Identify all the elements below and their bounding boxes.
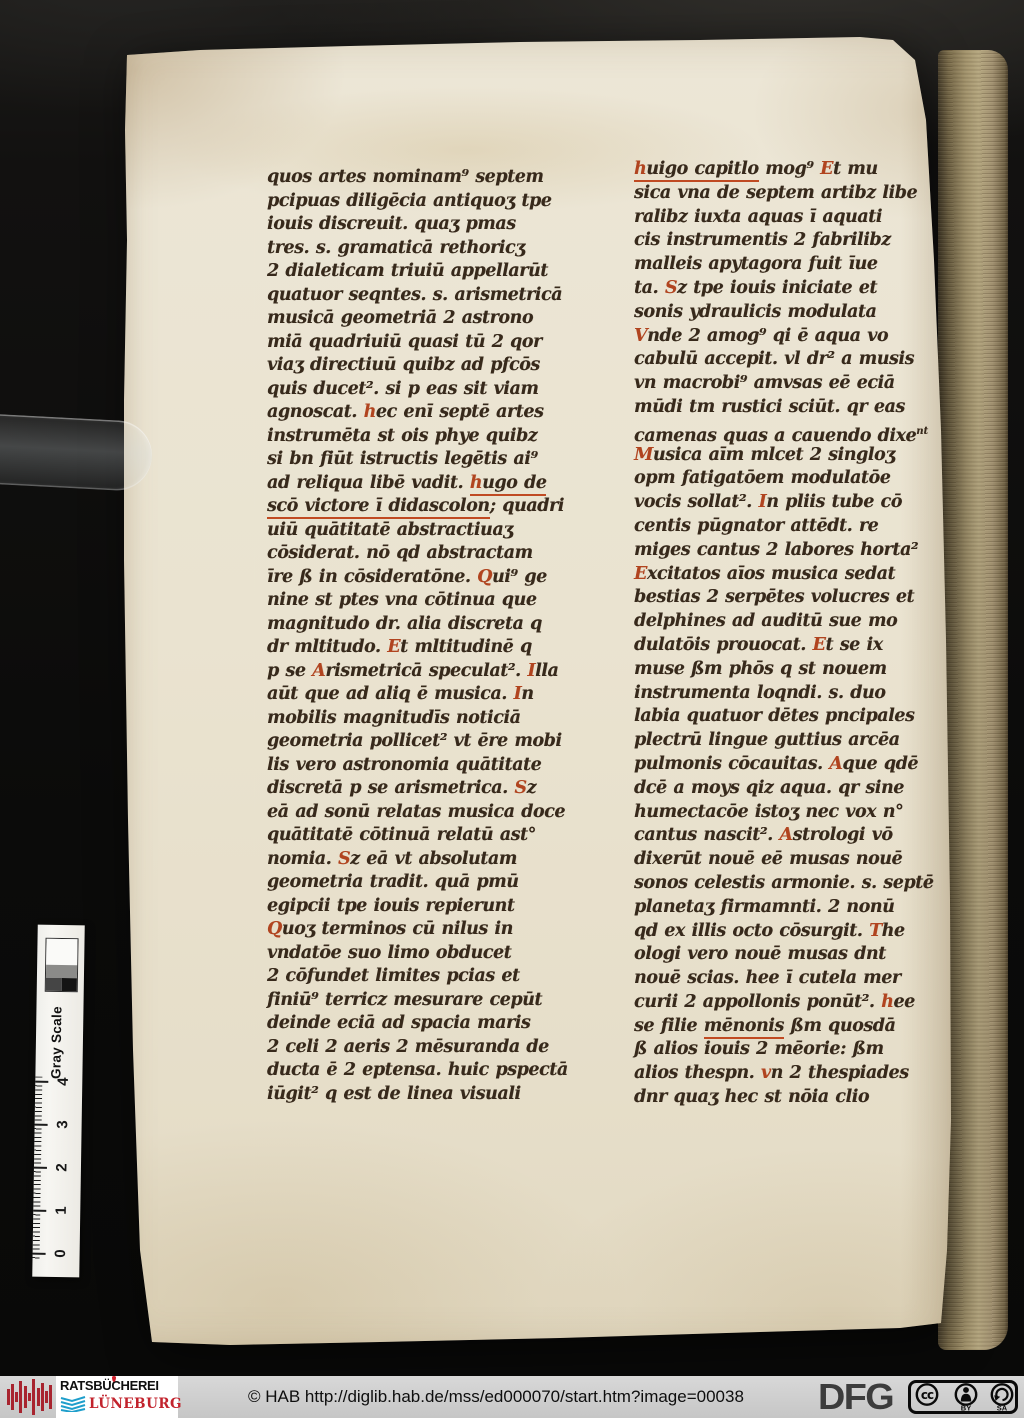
manuscript-text-line: opm fatigatōem modulatōe: [634, 467, 933, 491]
manuscript-text: cōsiderat. nō qd abstractam: [267, 543, 533, 563]
manuscript-text-line: egipcii tpe iouis repierunt: [267, 895, 568, 919]
manuscript-text-line: nomia. Sz eā vt absolutam: [267, 848, 568, 872]
rubricated-initial: Q: [267, 919, 282, 939]
manuscript-text-line: nouē scias. hee ī cutela mer: [634, 967, 933, 991]
manuscript-text-line: dnr quaʒ hec st nōia clio: [634, 1086, 933, 1110]
manuscript-text-line: pulmonis cōcauitas. Aque qdē: [634, 753, 933, 777]
manuscript-text-line: Quoʒ terminos cū nilus in: [267, 918, 568, 942]
manuscript-text-line: cōsiderat. nō qd abstractam: [267, 542, 568, 566]
manuscript-text-line: scō victore ī didascolon; quadri: [267, 495, 568, 519]
rubricated-initial: I: [527, 661, 535, 681]
manuscript-text: ß alios iouis 2 mēorie: ßm: [634, 1039, 884, 1059]
manuscript-text: xcitatos aīos musica sedat: [647, 564, 895, 584]
manuscript-text-line: ad reliqua libē vadit. hugo de: [267, 472, 568, 496]
footer-bar: RATSBÜCHEREI LÜNEBURG © HAB http://digli…: [0, 1376, 1024, 1418]
manuscript-text-line: dulatōis prouocat. Et se ix: [634, 634, 933, 658]
manuscript-text-line: dcē a moys qiz aqua. qr sine: [634, 777, 933, 801]
manuscript-text-line: sonos celestis armonie. s. septē: [634, 872, 933, 896]
ruler-major-tick: [33, 1253, 46, 1255]
manuscript-text: ee: [893, 992, 914, 1012]
manuscript-text-line: quātitatē cōtinuā relatū ast°: [267, 824, 568, 848]
manuscript-text: quatuor seqntes. s. arismetricā: [267, 285, 562, 305]
rubricated-initial: E: [813, 635, 826, 655]
dfg-logo: DFG: [818, 1376, 893, 1418]
red-bars-logo-icon: [7, 1378, 53, 1416]
rubricated-initial: V: [634, 326, 647, 346]
rubricated-initial: Q: [477, 567, 492, 587]
ruler-major-tick: [35, 1081, 48, 1083]
rubricated-initial: A: [829, 754, 842, 774]
manuscript-text: z: [527, 778, 537, 798]
manuscript-text-line: pcipuas diligēcia antiquoʒ tpe: [267, 190, 568, 214]
ruler-number: 2: [53, 1156, 70, 1178]
manuscript-text-line: ducta ē 2 eptensa. huic pspectā: [267, 1059, 568, 1083]
manuscript-text: t se ix: [825, 635, 882, 655]
manuscript-text: deinde eciā ad spacia maris: [267, 1013, 530, 1033]
manuscript-text: pulmonis cōcauitas.: [634, 754, 829, 774]
manuscript-text: ducta ē 2 eptensa. huic pspectā: [267, 1060, 568, 1080]
manuscript-text: he: [882, 921, 905, 941]
rubricated-initial: E: [387, 637, 400, 657]
manuscript-text-line: sica vna de septem artibz libe: [634, 182, 933, 206]
manuscript-text: que qdē: [842, 754, 918, 774]
manuscript-text: nde 2 amog⁹ qi ē aqua vo: [647, 326, 888, 346]
manuscript-text-line: iūgit² q est de linea visuali: [267, 1083, 568, 1107]
rubricated-initial: E: [820, 159, 833, 179]
manuscript-text-line: vocis sollat². In pliis tube cō: [634, 491, 933, 515]
manuscript-text: bestias 2 serpētes volucres et: [634, 587, 914, 607]
manuscript-text: t mltitudinē q: [400, 637, 532, 657]
manuscript-text: curii 2 appollonis ponūt².: [634, 992, 881, 1012]
manuscript-text-line: quos artes nominam⁹ septem: [267, 166, 568, 190]
manuscript-text: īre ß in cōsideratōne.: [267, 567, 477, 587]
manuscript-text: delphines ad auditū sue mo: [634, 611, 897, 631]
manuscript-text: planetaʒ firmamnti. 2 nonū: [634, 897, 894, 917]
manuscript-text: geometria tradit. quā pmū: [267, 872, 519, 892]
ruler-major-tick: [33, 1210, 46, 1212]
manuscript-text-line: 2 celi 2 aeris 2 mēsuranda de: [267, 1036, 568, 1060]
grayscale-patches: [45, 938, 79, 993]
manuscript-text: quos artes nominam⁹ septem: [267, 167, 543, 187]
ruler-major-tick: [35, 1124, 48, 1126]
manuscript-text: sonos celestis armonie. s. septē: [634, 873, 933, 893]
rubricated-initial: E: [634, 564, 647, 584]
manuscript-text-line: ralibz iuxta aquas ī aquati: [634, 206, 933, 230]
manuscript-text: finiū⁹ terricz mesurare cepūt: [267, 990, 542, 1010]
rubricated-initial: A: [779, 825, 792, 845]
ruler-label: Gray Scale: [48, 995, 64, 1079]
person-body: [961, 1394, 971, 1402]
manuscript-text-line: mobilis magnitudīs noticiā: [267, 707, 568, 731]
manuscript-text: ta.: [634, 278, 665, 298]
library-city-row: LÜNEBURG: [60, 1396, 182, 1412]
manuscript-text: nomia.: [267, 849, 338, 869]
manuscript-text-line: tres. s. gramaticā rethoricʒ: [267, 237, 568, 261]
manuscript-text: iūgit² q est de linea visuali: [267, 1084, 521, 1104]
manuscript-text-line: dr mltitudo. Et mltitudinē q: [267, 636, 568, 660]
manuscript-text-line: miges cantus 2 labores horta²: [634, 539, 933, 563]
manuscript-text: vn macrobi⁹ amvsas eē eciā: [634, 373, 895, 393]
manuscript-text: eā ad sonū relatas musica doce: [267, 802, 565, 822]
patch-gray: [46, 965, 77, 978]
manuscript-page: quos artes nominam⁹ septempcipuas diligē…: [110, 30, 960, 1355]
manuscript-text-line: bestias 2 serpētes volucres et: [634, 586, 933, 610]
manuscript-text: musicā geometriā 2 astrono: [267, 308, 533, 328]
manuscript-text-line: curii 2 appollonis ponūt². hee: [634, 991, 933, 1015]
manuscript-text: nine st ptes vna cōtinua que: [267, 590, 537, 610]
manuscript-text: sica vna de septem artibz libe: [634, 183, 917, 203]
manuscript-text: cis instrumentis 2 fabrilibz: [634, 230, 891, 250]
manuscript-text-line: ologi vero nouē musas dnt: [634, 943, 933, 967]
digitized-manuscript-photo: quos artes nominam⁹ septempcipuas diligē…: [0, 0, 1024, 1418]
manuscript-text: instrumēta st ois phye quibz: [267, 426, 537, 446]
patch-white: [46, 939, 77, 965]
manuscript-column-left: quos artes nominam⁹ septempcipuas diligē…: [267, 166, 568, 1106]
manuscript-text: mobilis magnitudīs noticiā: [267, 708, 520, 728]
rubricated-underlined-text: mēnonis: [704, 1016, 784, 1039]
manuscript-text: geometria pollicet² vt ēre mobi: [267, 731, 562, 751]
manuscript-text: cantus nascit².: [634, 825, 779, 845]
manuscript-text: 2 cōfundet limites pcias et: [267, 966, 520, 986]
copyright-url: © HAB http://diglib.hab.de/mss/ed000070/…: [248, 1387, 744, 1407]
manuscript-text: nouē scias. hee ī cutela mer: [634, 968, 901, 988]
manuscript-text-line: nine st ptes vna cōtinua que: [267, 589, 568, 613]
manuscript-text-line: Vnde 2 amog⁹ qi ē aqua vo: [634, 325, 933, 349]
manuscript-text: mog⁹: [759, 159, 821, 179]
manuscript-text: n pliis tube cō: [766, 492, 902, 512]
manuscript-text: quātitatē cōtinuā relatū ast°: [267, 825, 536, 845]
manuscript-text-line: cis instrumentis 2 fabrilibz: [634, 229, 933, 253]
rubricated-initial: h: [881, 992, 893, 1012]
manuscript-text: t mu: [833, 159, 878, 179]
manuscript-text-line: alios thespn. vn 2 thespiades: [634, 1062, 933, 1086]
manuscript-text-line: instrumēta st ois phye quibz: [267, 425, 568, 449]
manuscript-text-line: finiū⁹ terricz mesurare cepūt: [267, 989, 568, 1013]
manuscript-text-line: muse ßm phōs q st nouem: [634, 658, 933, 682]
rubricated-underlined-text: h: [470, 473, 482, 496]
manuscript-text-line: ß alios iouis 2 mēorie: ßm: [634, 1038, 933, 1062]
manuscript-text-line: eā ad sonū relatas musica doce: [267, 801, 568, 825]
manuscript-text-line: geometria pollicet² vt ēre mobi: [267, 730, 568, 754]
manuscript-text: instrumenta loqndi. s. duo: [634, 683, 885, 703]
manuscript-text: pcipuas diligēcia antiquoʒ tpe: [267, 191, 551, 211]
manuscript-text: rismetricā speculat².: [325, 661, 527, 681]
manuscript-text: discretā p se arismetrica.: [267, 778, 514, 798]
manuscript-text: dr mltitudo.: [267, 637, 387, 657]
manuscript-text: tres. s. gramaticā rethoricʒ: [267, 238, 525, 258]
manuscript-text-line: viaʒ directiuū quibz ad pfcōs: [267, 354, 568, 378]
manuscript-text-line: Musica aīm mlcet 2 singloʒ: [634, 444, 933, 468]
manuscript-text-line: malleis apytagora fuit īue: [634, 253, 933, 277]
manuscript-text: centis pūgnator attēdt. re: [634, 516, 878, 536]
manuscript-text-line: huigo capitlo mog⁹ Et mu: [634, 158, 933, 182]
manuscript-text-line: aūt que ad aliq ē musica. In: [267, 683, 568, 707]
rubricated-initial: S: [514, 778, 526, 798]
manuscript-text-line: lis vero astronomia quātitate: [267, 754, 568, 778]
library-city: LÜNEBURG: [89, 1396, 182, 1412]
ruler-number: 4: [55, 1070, 72, 1092]
manuscript-text-line: musicā geometriā 2 astrono: [267, 307, 568, 331]
manuscript-text-line: mūdi tm rustici sciūt. qr eas: [634, 396, 933, 420]
manuscript-text: 2 dialeticam triuiū appellarūt: [267, 261, 548, 281]
manuscript-text: humectacōe istoʒ nec vox n°: [634, 802, 903, 822]
manuscript-text: magnitudo dr. alia discreta q: [267, 614, 542, 634]
manuscript-text: muse ßm phōs q st nouem: [634, 659, 887, 679]
manuscript-text: camenas quas a cauendo dixe: [634, 426, 916, 446]
manuscript-text-line: p se Arismetricā speculat². Illa: [267, 660, 568, 684]
manuscript-text-line: camenas quas a cauendo dixent: [634, 420, 933, 444]
ruler-number: 0: [52, 1242, 69, 1264]
ratsbuecherei-logo: RATSBÜCHEREI LÜNEBURG: [56, 1376, 178, 1418]
rubricated-initial: v: [761, 1063, 771, 1083]
manuscript-column-right: huigo capitlo mog⁹ Et musica vna de sept…: [634, 158, 933, 1110]
manuscript-text: miges cantus 2 labores horta²: [634, 540, 918, 560]
manuscript-text: iouis discreuit. quaʒ pmas: [267, 214, 516, 234]
manuscript-text: z eā vt absolutam: [350, 849, 517, 869]
manuscript-text: si bn fiūt istructis legētis ai⁹: [267, 449, 538, 469]
rubricated-initial: h: [364, 402, 376, 422]
manuscript-text: ad reliqua libē vadit.: [267, 473, 470, 493]
manuscript-text-line: cabulū accepit. vl dr² a musis: [634, 348, 933, 372]
manuscript-text: ec enī septē artes: [376, 402, 544, 422]
manuscript-text: usica aīm mlcet 2 singloʒ: [653, 445, 895, 465]
manuscript-text: 2 celi 2 aeris 2 mēsuranda de: [267, 1037, 549, 1057]
manuscript-text: nt: [916, 426, 928, 437]
manuscript-text: quis ducet². si p eas sit viam: [267, 379, 538, 399]
manuscript-text: labia quatuor dētes pncipales: [634, 706, 914, 726]
manuscript-text-line: iouis discreuit. quaʒ pmas: [267, 213, 568, 237]
manuscript-text-line: magnitudo dr. alia discreta q: [267, 613, 568, 637]
manuscript-text-line: vn macrobi⁹ amvsas eē eciā: [634, 372, 933, 396]
manuscript-text-line: vndatōe suo limo obducet: [267, 942, 568, 966]
manuscript-text: n: [521, 684, 533, 704]
manuscript-text-line: plectrū lingue guttius arcēa: [634, 729, 933, 753]
rubricated-initial: M: [634, 445, 653, 465]
ruler-number: 3: [54, 1113, 71, 1135]
manuscript-text: dixerūt nouē eē musas nouē: [634, 849, 902, 869]
manuscript-text: sonis ydraulicis modulata: [634, 302, 876, 322]
manuscript-text-line: īre ß in cōsideratōne. Qui⁹ ge: [267, 566, 568, 590]
rubricated-underlined-text: scō victore ī didascolon: [267, 496, 490, 519]
patch-dark: [46, 978, 62, 991]
person-head: [963, 1387, 969, 1393]
manuscript-text: dulatōis prouocat.: [634, 635, 813, 655]
manuscript-text-line: deinde eciā ad spacia maris: [267, 1012, 568, 1036]
manuscript-text-line: ta. Sz tpe iouis iniciate et: [634, 277, 933, 301]
rubricated-initial: S: [665, 278, 677, 298]
manuscript-text: ; quadri: [490, 496, 564, 516]
ruler-major-tick: [34, 1167, 47, 1169]
manuscript-text-line: dixerūt nouē eē musas nouē: [634, 848, 933, 872]
manuscript-text: z tpe iouis iniciate et: [677, 278, 877, 298]
manuscript-text: ralibz iuxta aquas ī aquati: [634, 207, 882, 227]
manuscript-text-line: geometria tradit. quā pmū: [267, 871, 568, 895]
manuscript-text-line: labia quatuor dētes pncipales: [634, 705, 933, 729]
manuscript-text: uiū quātitatē abstractiuaʒ: [267, 520, 513, 540]
patch-black: [61, 978, 77, 991]
manuscript-text: alios thespn.: [634, 1063, 761, 1083]
manuscript-text: egipcii tpe iouis repierunt: [267, 896, 514, 916]
manuscript-text: vndatōe suo limo obducet: [267, 943, 511, 963]
manuscript-text-line: delphines ad auditū sue mo: [634, 610, 933, 634]
manuscript-text: strologi vō: [793, 825, 893, 845]
manuscript-text-line: centis pūgnator attēdt. re: [634, 515, 933, 539]
cc-by-sa-icons: cc BY SA: [911, 1383, 1015, 1411]
manuscript-text-line: cantus nascit². Astrologi vō: [634, 824, 933, 848]
manuscript-text-line: 2 cōfundet limites pcias et: [267, 965, 568, 989]
manuscript-text-line: discretā p se arismetrica. Sz: [267, 777, 568, 801]
manuscript-text: dnr quaʒ hec st nōia clio: [634, 1087, 869, 1107]
photo-background: quos artes nominam⁹ septempcipuas diligē…: [0, 0, 1024, 1376]
manuscript-text: cabulū accepit. vl dr² a musis: [634, 349, 914, 369]
manuscript-text-line: quatuor seqntes. s. arismetricā: [267, 284, 568, 308]
grayscale-ruler: Gray Scale 4 3 2 1 0: [32, 925, 85, 1278]
ruler-number: 1: [53, 1199, 70, 1221]
cc-by-label: BY: [961, 1404, 971, 1412]
manuscript-text-line: 2 dialeticam triuiū appellarūt: [267, 260, 568, 284]
share-alike-arrow-icon: [992, 1384, 1012, 1404]
manuscript-text: ologi vero nouē musas dnt: [634, 944, 886, 964]
manuscript-text-line: si bn fiūt istructis legētis ai⁹: [267, 448, 568, 472]
cc-letters: cc: [921, 1388, 934, 1402]
cc-license-badge: cc BY SA: [908, 1380, 1018, 1414]
page-shadow-wrap: quos artes nominam⁹ septempcipuas diligē…: [0, 0, 1024, 1376]
patch-dark-row: [46, 978, 77, 991]
manuscript-text-line: humectacōe istoʒ nec vox n°: [634, 801, 933, 825]
manuscript-text: p se: [267, 661, 312, 681]
rubricated-initial: S: [338, 849, 350, 869]
cc-sa-label: SA: [997, 1404, 1008, 1412]
manuscript-text: uoʒ terminos cū nilus in: [282, 919, 513, 939]
manuscript-text: agnoscat.: [267, 402, 364, 422]
manuscript-text: lis vero astronomia quātitate: [267, 755, 541, 775]
manuscript-text-line: quis ducet². si p eas sit viam: [267, 378, 568, 402]
rubricated-initial: T: [869, 921, 882, 941]
manuscript-text: ßm quosdā: [784, 1016, 896, 1036]
rubricated-underlined-text: uigo capitlo: [646, 159, 758, 182]
manuscript-text: viaʒ directiuū quibz ad pfcōs: [267, 355, 540, 375]
manuscript-text-line: uiū quātitatē abstractiuaʒ: [267, 519, 568, 543]
manuscript-text: opm fatigatōem modulatōe: [634, 468, 890, 488]
manuscript-text: qd ex illis octo cōsurgit.: [634, 921, 869, 941]
manuscript-text-line: qd ex illis octo cōsurgit. The: [634, 920, 933, 944]
manuscript-text-line: miā quadriuiū quasi tū 2 qor: [267, 331, 568, 355]
manuscript-text: ui⁹ ge: [492, 567, 547, 587]
manuscript-text: aūt que ad aliq ē musica.: [267, 684, 514, 704]
library-name: RATSBÜCHEREI: [60, 1379, 178, 1393]
manuscript-text: n 2 thespiades: [771, 1063, 909, 1083]
manuscript-text-line: se filie mēnonis ßm quosdā: [634, 1015, 933, 1039]
share-alike-arrowhead: [994, 1395, 1000, 1401]
manuscript-text: lla: [535, 661, 558, 681]
rubricated-underlined-text: ugo de: [482, 473, 546, 496]
manuscript-text-line: Excitatos aīos musica sedat: [634, 563, 933, 587]
manuscript-text-line: instrumenta loqndi. s. duo: [634, 682, 933, 706]
manuscript-text: dcē a moys qiz aqua. qr sine: [634, 778, 904, 798]
manuscript-text: plectrū lingue guttius arcēa: [634, 730, 900, 750]
manuscript-text-line: sonis ydraulicis modulata: [634, 301, 933, 325]
plexiglass-page-holder: [0, 414, 154, 492]
manuscript-text-line: planetaʒ firmamnti. 2 nonū: [634, 896, 933, 920]
rubricated-underlined-text: h: [634, 159, 646, 182]
manuscript-text-line: agnoscat. hec enī septē artes: [267, 401, 568, 425]
manuscript-text: mūdi tm rustici sciūt. qr eas: [634, 397, 905, 417]
rubricated-initial: A: [312, 661, 325, 681]
manuscript-text: miā quadriuiū quasi tū 2 qor: [267, 332, 542, 352]
manuscript-text: se filie: [634, 1016, 704, 1036]
open-book-icon: [60, 1396, 86, 1412]
manuscript-text: malleis apytagora fuit īue: [634, 254, 878, 274]
manuscript-text: vocis sollat².: [634, 492, 758, 512]
